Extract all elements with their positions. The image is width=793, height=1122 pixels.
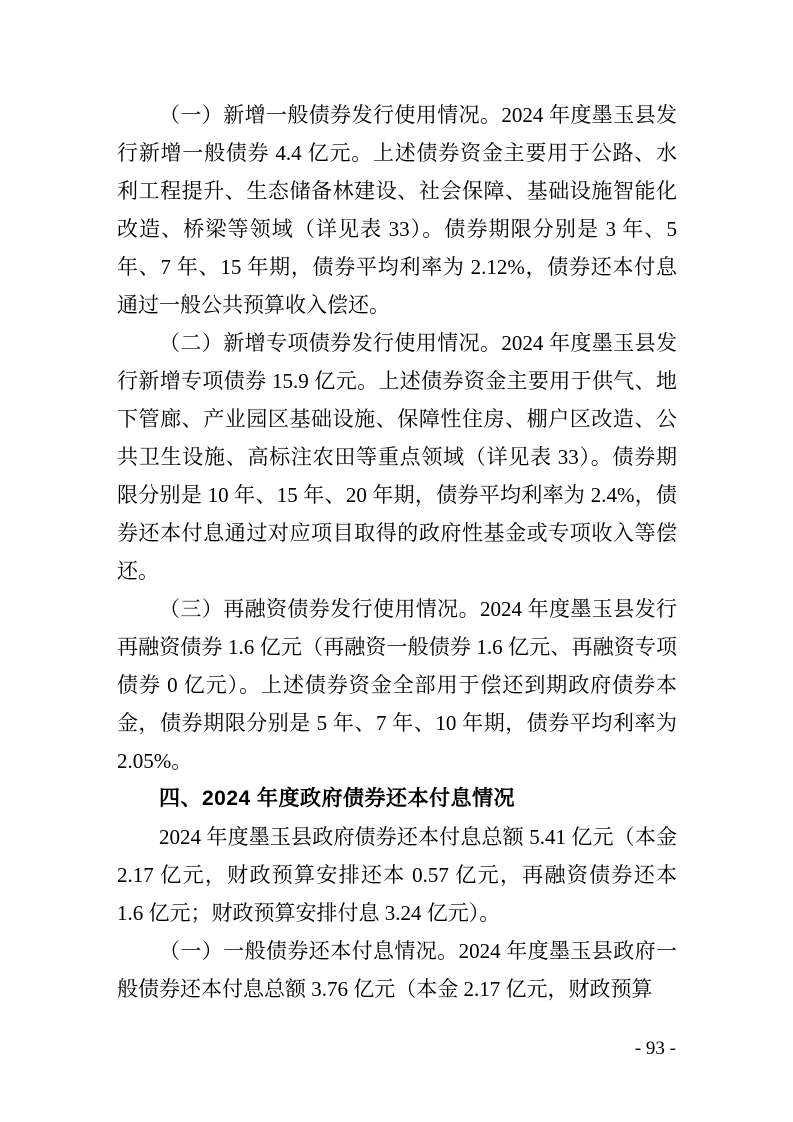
section-heading-four: 四、2024 年度政府债券还本付息情况 [117,780,677,818]
paragraph-refinancing-bonds: （三）再融资债券发行使用情况。2024 年度墨玉县发行再融资债券 1.6 亿元（… [117,590,677,780]
page-number: - 93 - [635,1038,676,1060]
paragraph-debt-service-total: 2024 年度墨玉县政府债券还本付息总额 5.41 亿元（本金 2.17 亿元，… [117,818,677,932]
paragraph-new-general-bonds: （一）新增一般债券发行使用情况。2024 年度墨玉县发行新增一般债券 4.4 亿… [117,96,677,324]
paragraph-new-special-bonds: （二）新增专项债券发行使用情况。2024 年度墨玉县发行新增专项债券 15.9 … [117,324,677,590]
paragraph-general-debt-service: （一）一般债券还本付息情况。2024 年度墨玉县政府一般债券还本付息总额 3.7… [117,932,677,1008]
document-page: （一）新增一般债券发行使用情况。2024 年度墨玉县发行新增一般债券 4.4 亿… [0,0,793,1122]
document-body: （一）新增一般债券发行使用情况。2024 年度墨玉县发行新增一般债券 4.4 亿… [117,96,677,1008]
